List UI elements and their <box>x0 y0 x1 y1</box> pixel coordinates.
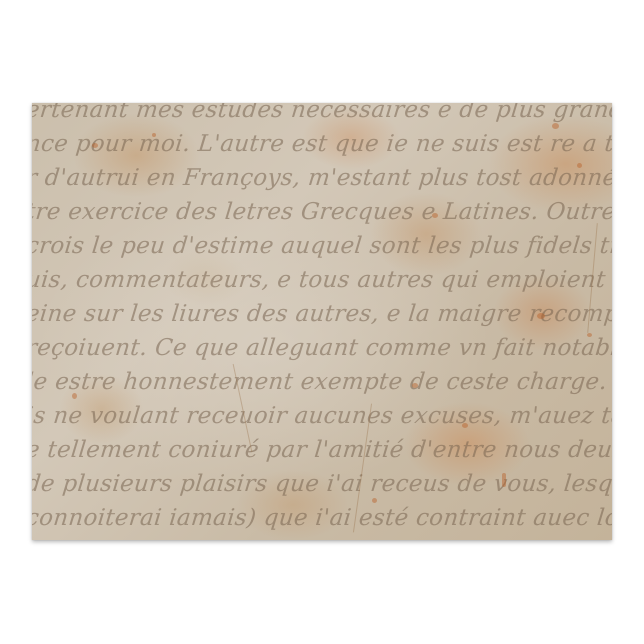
script-line: ertenant mes estudes necessaires e de pl… <box>32 103 612 123</box>
script-line: crois le peu d'estime auquel sont les pl… <box>32 233 612 259</box>
stain-speck <box>72 393 77 399</box>
stain-speck <box>587 333 592 337</box>
script-line: connoiterai iamais) que i'ai esté contra… <box>32 505 612 531</box>
stain-speck <box>577 163 582 168</box>
stain-speck <box>432 213 438 218</box>
stain-speck <box>537 313 545 319</box>
stain-speck <box>462 423 468 428</box>
script-line: de plusieurs plaisirs que i'ai receus de… <box>32 471 612 497</box>
stain-speck <box>92 143 98 148</box>
script-line: tre exercice des letres Grecques e Latin… <box>32 199 612 225</box>
stain-speck <box>412 383 418 388</box>
parchment-poster: ertenant mes estudes necessaires e de pl… <box>32 103 612 540</box>
script-line: le estre honnestement exempte de ceste c… <box>32 369 612 395</box>
script-line: eine sur les liures des autres, e la mai… <box>32 301 612 327</box>
stain-speck <box>152 133 156 137</box>
script-line: r d'autrui en Françoys, m'estant plus to… <box>32 165 612 191</box>
script-text-block: ertenant mes estudes necessaires e de pl… <box>32 103 612 540</box>
stain-streak <box>502 473 506 487</box>
script-line: nce pour moi. L'autre est que ie ne suis… <box>32 131 612 157</box>
script-line: is ne voulant receuoir aucunes excuses, … <box>32 403 612 429</box>
script-line: uis, commentateurs, e tous autres qui em… <box>32 267 612 293</box>
stain-speck <box>552 123 559 129</box>
stain-speck <box>372 498 377 503</box>
script-line: e tellement coniuré par l'amitié d'entre… <box>32 437 612 463</box>
script-line: reçoiuent. Ce que alleguant comme vn fai… <box>32 335 612 361</box>
